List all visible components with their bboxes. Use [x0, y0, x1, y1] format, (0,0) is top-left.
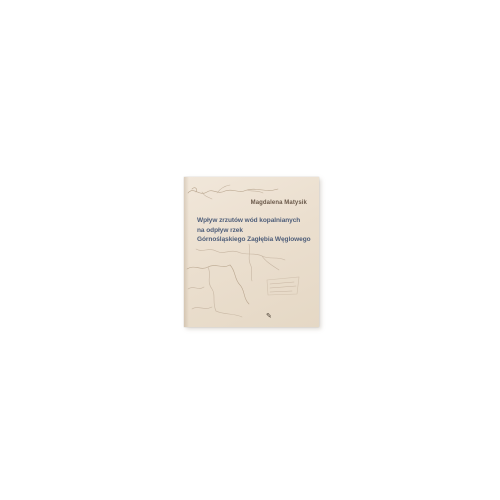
book-title: Wpływ zrzutów wód kopalnianych na odpływ… — [197, 216, 311, 245]
publisher-logo: ✎ — [266, 313, 275, 321]
publisher-logo-icon: ✎ — [266, 313, 273, 321]
book-title-line: na odpływ rzek — [197, 226, 311, 236]
book-cover: Magdalena Matysik Wpływ zrzutów wód kopa… — [184, 177, 319, 327]
author-name: Magdalena Matysik — [251, 200, 307, 206]
product-image-canvas: Magdalena Matysik Wpływ zrzutów wód kopa… — [0, 0, 500, 500]
book-title-line: Wpływ zrzutów wód kopalnianych — [197, 216, 311, 226]
book-title-line: Górnośląskiego Zagłębia Węglowego — [197, 235, 311, 245]
